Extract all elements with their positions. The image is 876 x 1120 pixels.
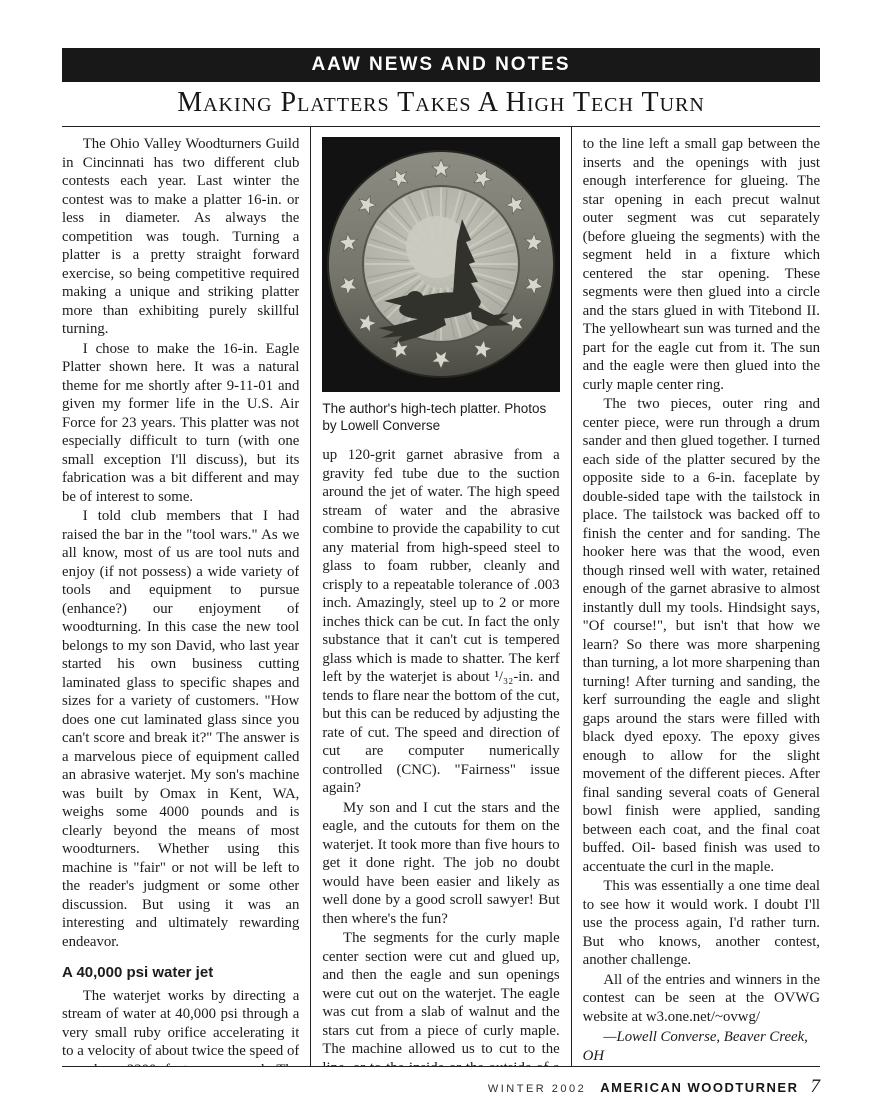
- paragraph: The segments for the curly maple center …: [322, 929, 559, 1066]
- photo-caption: The author's high-tech platter. Photos b…: [322, 400, 559, 434]
- paragraph: to the line left a small gap between the…: [583, 135, 820, 394]
- column-divider-2: [571, 127, 572, 1066]
- paragraph: The Ohio Valley Woodturners Guild in Cin…: [62, 135, 299, 339]
- footer-magazine-title: AMERICAN WOODTURNER: [600, 1080, 798, 1095]
- paragraph: My son and I cut the stars and the eagle…: [322, 799, 559, 929]
- subhead-waterjet: A 40,000 psi water jet: [62, 964, 299, 983]
- paragraph: I chose to make the 16-in. Eagle Platter…: [62, 340, 299, 507]
- paragraph: I told club members that I had raised th…: [62, 507, 299, 951]
- column-3: to the line left a small gap between the…: [583, 135, 820, 1066]
- paragraph: up 120-grit garnet abrasive from a gravi…: [322, 446, 559, 798]
- article-columns: The Ohio Valley Woodturners Guild in Cin…: [62, 127, 820, 1067]
- paragraph: The waterjet works by directing a stream…: [62, 987, 299, 1067]
- column-1: The Ohio Valley Woodturners Guild in Cin…: [62, 135, 299, 1066]
- column-2: The author's high-tech platter. Photos b…: [322, 135, 559, 1066]
- paragraph: All of the entries and winners in the co…: [583, 971, 820, 1027]
- page-footer: WINTER 2002 AMERICAN WOODTURNER 7: [62, 1067, 820, 1098]
- platter-photo: [322, 137, 559, 392]
- paragraph: This was essentially a one time deal to …: [583, 877, 820, 970]
- footer-page-number: 7: [811, 1076, 821, 1098]
- paragraph: The two pieces, outer ring and center pi…: [583, 395, 820, 876]
- page-content: AAW NEWS AND NOTES Making Platters Takes…: [62, 48, 820, 1098]
- magazine-page: AAW NEWS AND NOTES Making Platters Takes…: [0, 0, 876, 1120]
- author-byline: —Lowell Converse, Beaver Creek, OH: [583, 1028, 820, 1065]
- footer-issue: WINTER 2002: [488, 1083, 586, 1095]
- section-banner: AAW NEWS AND NOTES: [62, 48, 820, 82]
- column-divider-1: [310, 127, 311, 1066]
- article-title: Making Platters Takes A High Tech Turn: [62, 87, 820, 119]
